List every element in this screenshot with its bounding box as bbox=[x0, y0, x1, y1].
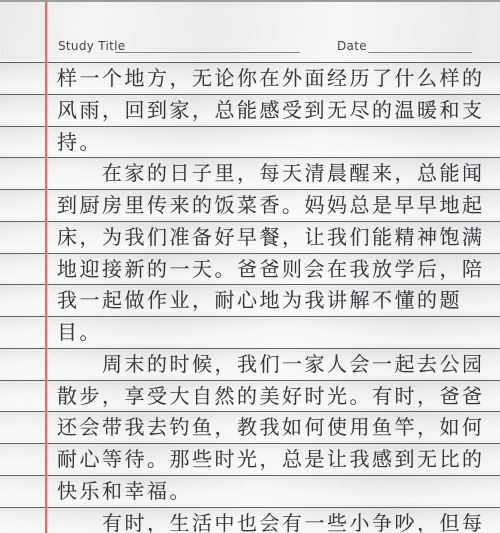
essay-line: 地迎接新的一天。爸爸则会在我放学后，陪 bbox=[0, 254, 500, 286]
essay-line: 床，为我们准备好早餐，让我们能精神饱满 bbox=[0, 222, 500, 254]
essay-line: 快乐和幸福。 bbox=[0, 476, 500, 508]
margin-line bbox=[45, 2, 47, 533]
essay-line: 在家的日子里，每天清晨醒来，总能闻 bbox=[0, 158, 500, 190]
header-fields: Study Title Date bbox=[0, 39, 500, 55]
essay-line: 还会带我去钓鱼，教我如何使用鱼竿，如何 bbox=[0, 412, 500, 444]
essay-line: 有时，生活中也会有一些小争吵，但每 bbox=[0, 508, 500, 533]
essay-line: 持。 bbox=[0, 127, 500, 159]
study-title-underline bbox=[115, 52, 300, 53]
essay-line: 目。 bbox=[0, 317, 500, 349]
study-title-label: Study Title bbox=[58, 39, 125, 53]
essay-line: 周末的时候，我们一家人会一起去公园 bbox=[0, 349, 500, 381]
notebook-page: Study Title Date 样一个地方，无论你在外面经历了什么样的风雨，回… bbox=[0, 0, 500, 533]
essay-line: 到厨房里传来的饭菜香。妈妈总是早早地起 bbox=[0, 190, 500, 222]
page-header: Study Title Date bbox=[0, 2, 500, 63]
essay-line: 样一个地方，无论你在外面经历了什么样的 bbox=[0, 63, 500, 95]
essay-body: 样一个地方，无论你在外面经历了什么样的风雨，回到家，总能感受到无尽的温暖和支持。… bbox=[0, 63, 500, 533]
date-label: Date bbox=[337, 39, 367, 53]
essay-line: 散步，享受大自然的美好时光。有时，爸爸 bbox=[0, 381, 500, 413]
essay-line: 风雨，回到家，总能感受到无尽的温暖和支 bbox=[0, 95, 500, 127]
essay-line: 耐心等待。那些时光，总是让我感到无比的 bbox=[0, 444, 500, 476]
essay-line: 我一起做作业，耐心地为我讲解不懂的题 bbox=[0, 285, 500, 317]
date-underline bbox=[368, 52, 472, 53]
